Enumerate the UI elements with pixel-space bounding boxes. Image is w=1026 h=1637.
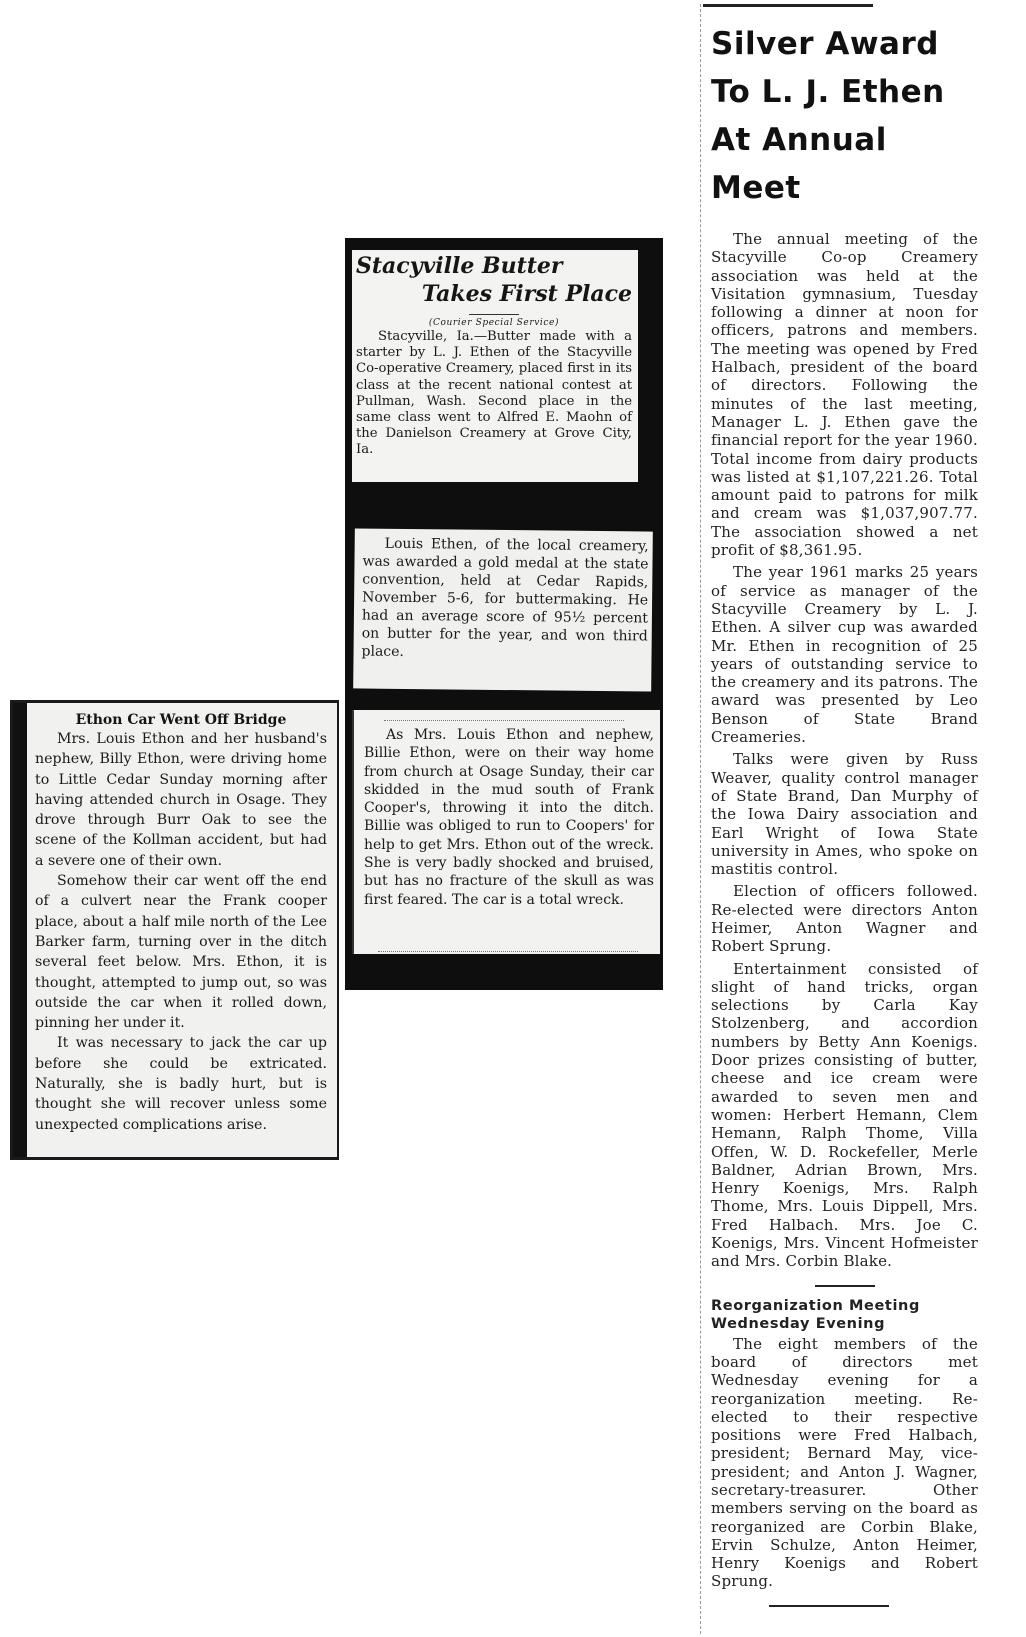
skid-body: As Mrs. Louis Ethon and nephew, Billie E… — [364, 726, 654, 909]
paragraph: Mrs. Louis Ethon and her husband's nephe… — [35, 729, 327, 871]
bridge-body: Mrs. Louis Ethon and her husband's nephe… — [35, 729, 327, 1135]
silver-award-body: The annual meeting of the Stacyville Co-… — [711, 230, 978, 1607]
end-rule — [769, 1605, 889, 1607]
paragraph: The eight members of the board of direct… — [711, 1335, 978, 1591]
paragraph: As Mrs. Louis Ethon and nephew, Billie E… — [364, 726, 654, 909]
torn-edge — [384, 712, 624, 721]
headline-line: Takes First Place — [356, 280, 632, 308]
silver-award-article: Silver Award To L. J. Ethen At Annual Me… — [700, 4, 982, 1634]
paragraph: Talks were given by Russ Weaver, quality… — [711, 750, 978, 878]
gold-medal-body: Louis Ethen, of the local creamery, was … — [361, 535, 648, 664]
gold-medal-article: Louis Ethen, of the local creamery, was … — [353, 528, 653, 691]
paragraph: Louis Ethen, of the local creamery, was … — [361, 535, 648, 664]
section-divider — [815, 1285, 875, 1287]
paragraph: The year 1961 marks 25 years of service … — [711, 563, 978, 746]
paragraph: Election of officers followed. Re-electe… — [711, 882, 978, 955]
butter-article: Stacyville Butter Takes First Place (Cou… — [352, 250, 638, 482]
headline-rule — [469, 314, 519, 315]
headline-line: Silver Award — [711, 26, 939, 62]
paragraph: It was necessary to jack the car up befo… — [35, 1033, 327, 1134]
subhead-line: Wednesday Evening — [711, 1316, 885, 1332]
paragraph: The annual meeting of the Stacyville Co-… — [711, 230, 978, 559]
butter-headline: Stacyville Butter Takes First Place — [356, 252, 632, 308]
paragraph: Stacyville, Ia.—Butter made with a start… — [356, 329, 632, 459]
silver-award-headline: Silver Award To L. J. Ethen At Annual Me… — [711, 20, 978, 212]
torn-edge — [378, 945, 638, 952]
headline-line: To L. J. Ethen — [711, 74, 945, 110]
bridge-headline: Ethon Car Went Off Bridge — [35, 711, 327, 729]
headline-line: At Annual Meet — [711, 122, 887, 206]
top-rule — [703, 4, 873, 7]
paragraph: Entertainment consisted of slight of han… — [711, 960, 978, 1271]
paragraph: Somehow their car went off the end of a … — [35, 871, 327, 1033]
butter-body: Stacyville, Ia.—Butter made with a start… — [356, 329, 632, 459]
byline-credit: (Courier Special Service) — [356, 317, 632, 329]
reorganization-subhead: Reorganization Meeting Wednesday Evening — [711, 1297, 978, 1333]
bridge-article: Ethon Car Went Off Bridge Mrs. Louis Eth… — [10, 700, 339, 1160]
subhead-line: Reorganization Meeting — [711, 1298, 920, 1314]
skid-article: As Mrs. Louis Ethon and nephew, Billie E… — [352, 710, 660, 954]
headline-line: Stacyville Butter — [356, 253, 563, 279]
